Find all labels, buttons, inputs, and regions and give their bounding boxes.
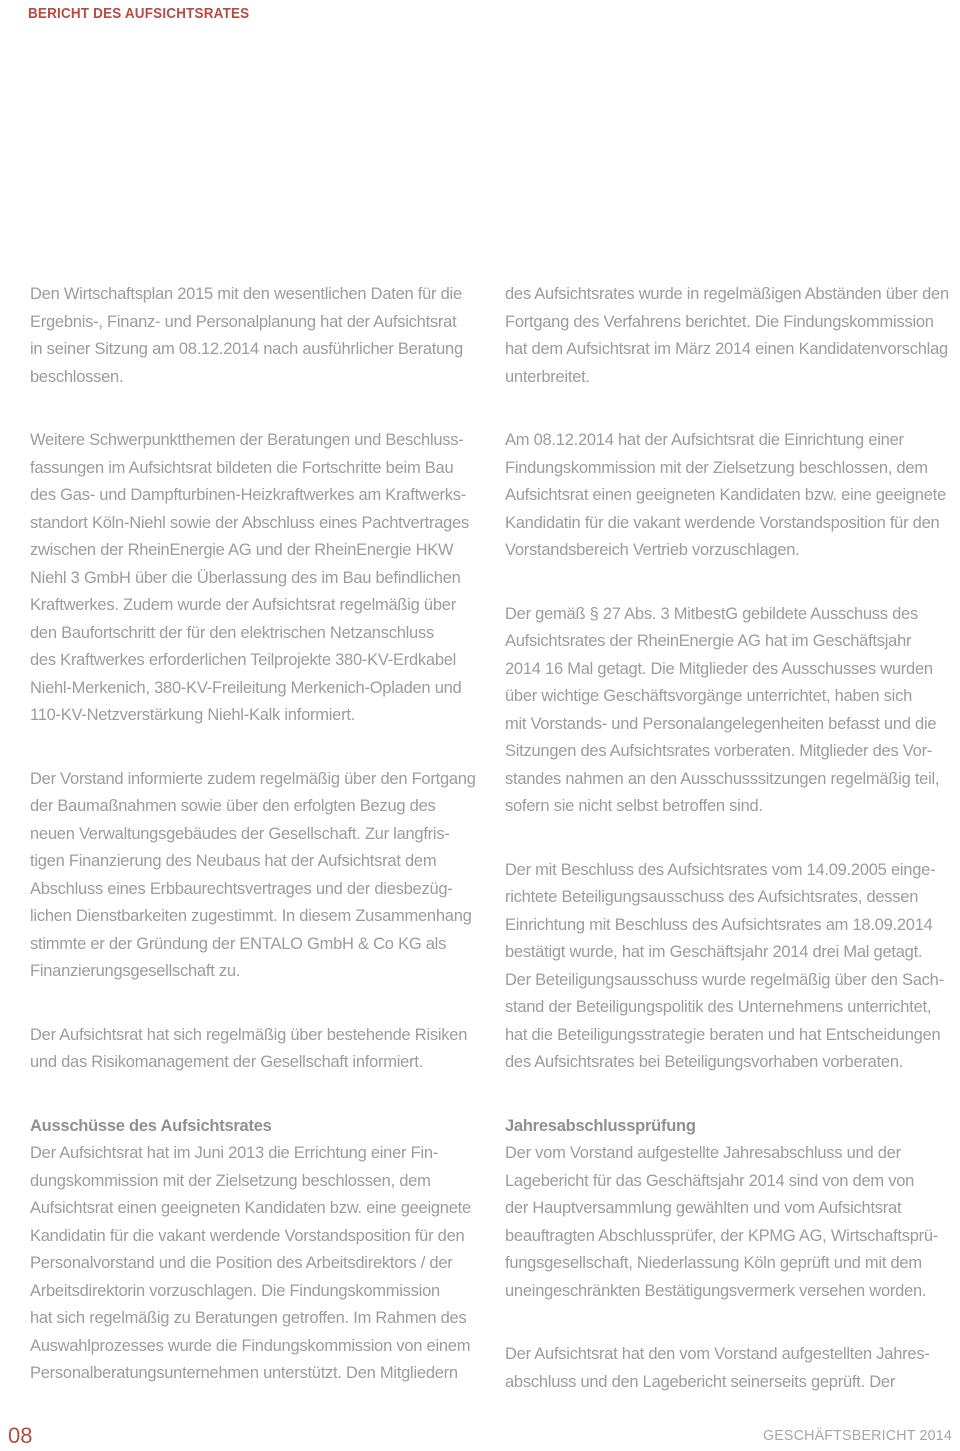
paragraph: Der mit Beschluss des Aufsichtsrates vom… (505, 857, 960, 1077)
paragraph: Der Vorstand informierte zudem regelmäßi… (30, 766, 490, 986)
page-header-title: BERICHT DES AUFSICHTSRATES (28, 6, 249, 22)
paragraph: Weitere Schwerpunktthemen der Beratungen… (30, 427, 490, 730)
page-number: 08 (8, 1424, 32, 1448)
paragraph: Den Wirtschaftsplan 2015 mit den wesentl… (30, 281, 490, 391)
paragraph: des Aufsichtsrates wurde in regelmäßigen… (505, 281, 960, 391)
left-column: Den Wirtschaftsplan 2015 mit den wesentl… (30, 281, 490, 1388)
section-heading: Jahresabschlussprüfung (505, 1113, 960, 1141)
footer-report-title: GESCHÄFTSBERICHT 2014 (763, 1428, 952, 1444)
paragraph: Der vom Vorstand aufgestellte Jahresabsc… (505, 1140, 960, 1305)
right-column: des Aufsichtsrates wurde in regelmäßigen… (505, 281, 960, 1396)
section-heading: Ausschüsse des Aufsichtsrates (30, 1113, 490, 1141)
paragraph: Der Aufsichtsrat hat sich regelmäßig übe… (30, 1022, 490, 1077)
report-page: BERICHT DES AUFSICHTSRATES Den Wirtschaf… (0, 0, 960, 1451)
paragraph: Der gemäß § 27 Abs. 3 MitbestG gebildete… (505, 601, 960, 821)
paragraph: Am 08.12.2014 hat der Aufsichtsrat die E… (505, 427, 960, 565)
paragraph: Der Aufsichtsrat hat im Juni 2013 die Er… (30, 1140, 490, 1388)
paragraph: Der Aufsichtsrat hat den vom Vorstand au… (505, 1341, 960, 1396)
